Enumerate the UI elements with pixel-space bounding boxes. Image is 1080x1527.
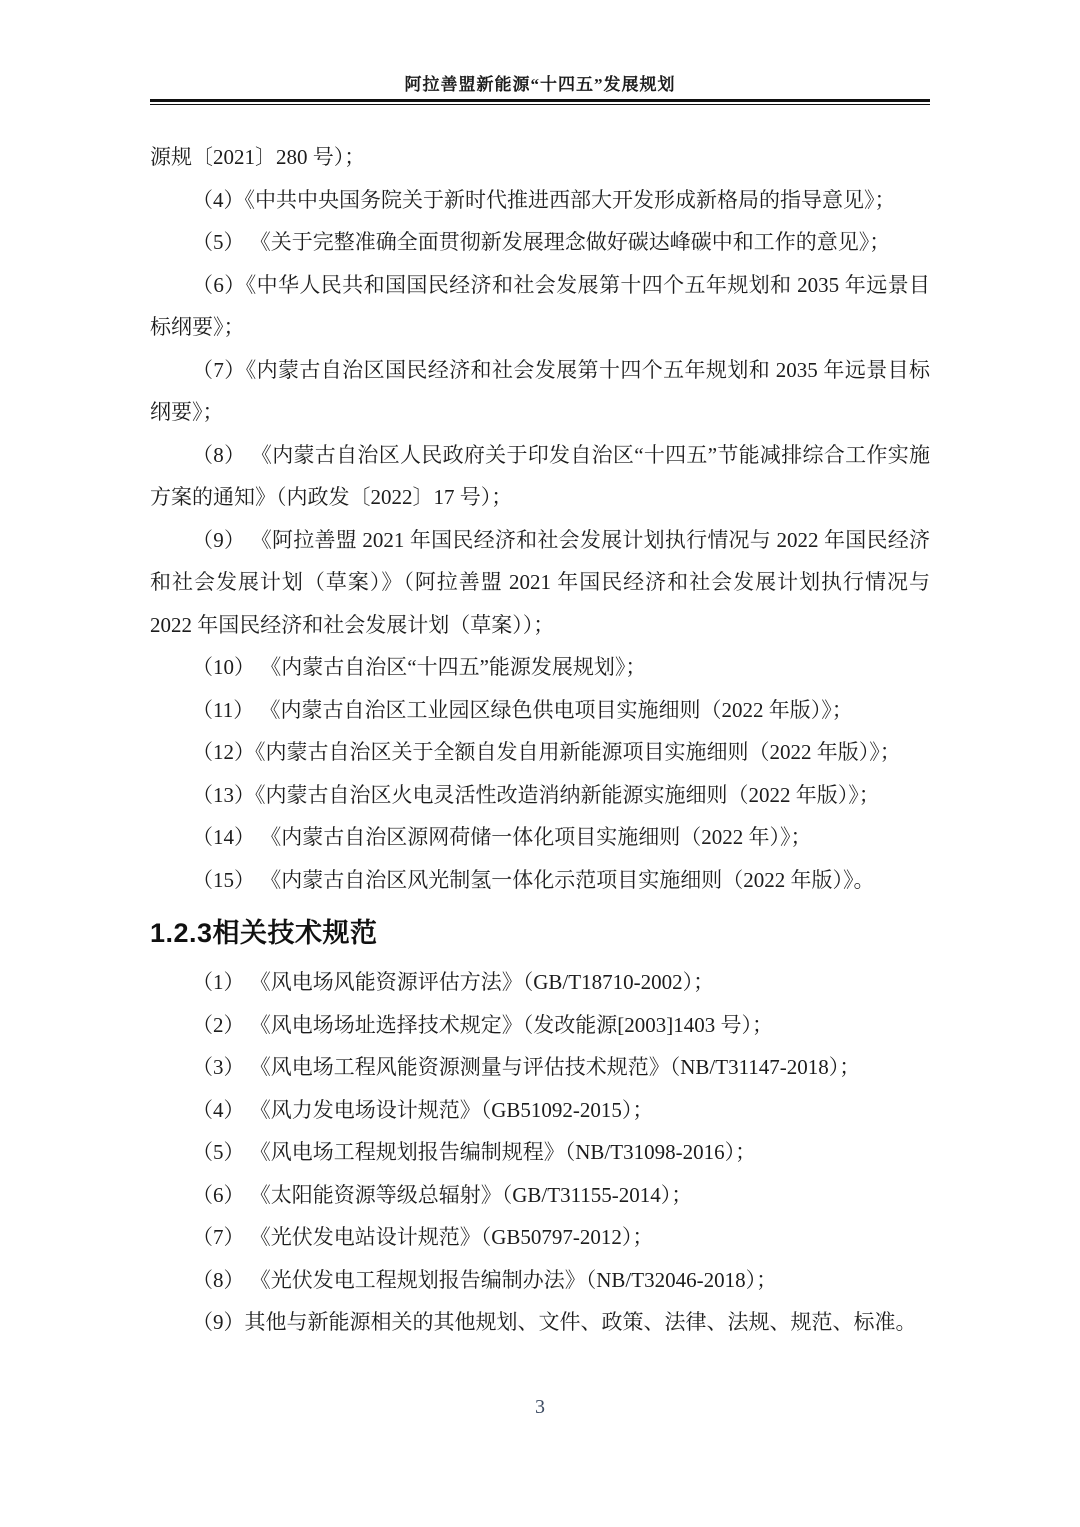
policy-reference-item: （9） 《阿拉善盟 2021 年国民经济和社会发展计划执行情况与 2022 年国… xyxy=(150,519,930,647)
policy-reference-item: （13）《内蒙古自治区火电灵活性改造消纳新能源实施细则（2022 年版）》； xyxy=(150,774,930,817)
technical-spec-item: （7） 《光伏发电站设计规范》（GB50797-2012）； xyxy=(150,1216,930,1259)
policy-reference-item: （14） 《内蒙古自治区源网荷储一体化项目实施细则（2022 年）》； xyxy=(150,816,930,859)
technical-spec-item: （5） 《风电场工程规划报告编制规程》（NB/T31098-2016）； xyxy=(150,1131,930,1174)
page-footer: 3 xyxy=(0,1396,1080,1419)
policy-reference-item: （6）《中华人民共和国国民经济和社会发展第十四个五年规划和 2035 年远景目标… xyxy=(150,264,930,349)
policy-reference-item: （12）《内蒙古自治区关于全额自发自用新能源项目实施细则（2022 年版）》； xyxy=(150,731,930,774)
technical-spec-item: （4） 《风力发电场设计规范》（GB51092-2015）； xyxy=(150,1089,930,1132)
document-page: 阿拉善盟新能源“十四五”发展规划 源规〔2021〕280 号）； （4）《中共中… xyxy=(0,0,1080,1527)
policy-reference-item: （5） 《关于完整准确全面贯彻新发展理念做好碳达峰碳中和工作的意见》； xyxy=(150,221,930,264)
technical-spec-item: （2） 《风电场场址选择技术规定》（发改能源[2003]1403 号）； xyxy=(150,1004,930,1047)
section-heading: 1.2.3相关技术规范 xyxy=(150,913,930,953)
policy-reference-item: （8） 《内蒙古自治区人民政府关于印发自治区“十四五”节能减排综合工作实施方案的… xyxy=(150,434,930,519)
policy-reference-item: （4）《中共中央国务院关于新时代推进西部大开发形成新格局的指导意见》； xyxy=(150,179,930,222)
policy-reference-item: （15） 《内蒙古自治区风光制氢一体化示范项目实施细则（2022 年版）》。 xyxy=(150,859,930,902)
technical-spec-item: （8） 《光伏发电工程规划报告编制办法》（NB/T32046-2018）； xyxy=(150,1259,930,1302)
document-body: 源规〔2021〕280 号）； （4）《中共中央国务院关于新时代推进西部大开发形… xyxy=(150,136,930,1344)
policy-reference-item: （7）《内蒙古自治区国民经济和社会发展第十四个五年规划和 2035 年远景目标纲… xyxy=(150,349,930,434)
technical-spec-item: （3） 《风电场工程风能资源测量与评估技术规范》（NB/T31147-2018）… xyxy=(150,1046,930,1089)
policy-reference-list: （4）《中共中央国务院关于新时代推进西部大开发形成新格局的指导意见》； （5） … xyxy=(150,179,930,902)
paragraph-continuation: 源规〔2021〕280 号）； xyxy=(150,136,930,179)
header-rule xyxy=(150,99,930,105)
technical-spec-item: （1） 《风电场风能资源评估方法》（GB/T18710-2002）； xyxy=(150,961,930,1004)
technical-spec-item: （9）其他与新能源相关的其他规划、文件、政策、法律、法规、规范、标准。 xyxy=(150,1301,930,1344)
page-number: 3 xyxy=(535,1396,545,1418)
technical-spec-list: （1） 《风电场风能资源评估方法》（GB/T18710-2002）； （2） 《… xyxy=(150,961,930,1344)
policy-reference-item: （11） 《内蒙古自治区工业园区绿色供电项目实施细则（2022 年版）》； xyxy=(150,689,930,732)
header-title: 阿拉善盟新能源“十四五”发展规划 xyxy=(150,70,930,95)
technical-spec-item: （6） 《太阳能资源等级总辐射》（GB/T31155-2014）； xyxy=(150,1174,930,1217)
policy-reference-item: （10） 《内蒙古自治区“十四五”能源发展规划》； xyxy=(150,646,930,689)
